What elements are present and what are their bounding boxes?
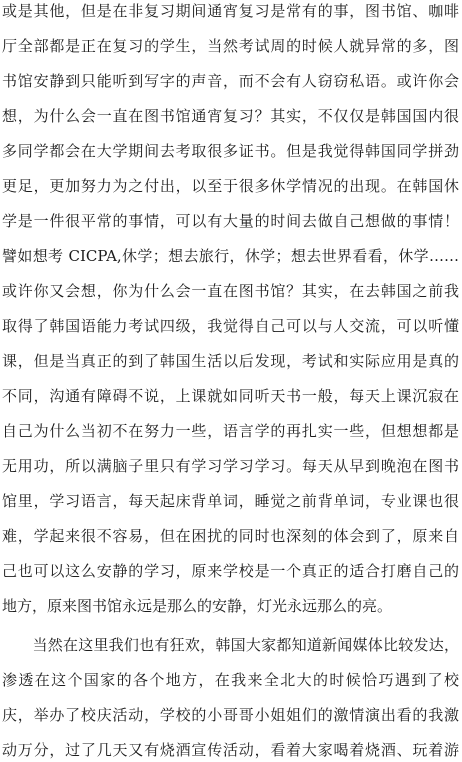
paragraph: 当然在这里我们也有狂欢，韩国大家都知道新闻媒体比较发达，渗透在这个国家的各个地方… (2, 628, 459, 762)
text-line: 馆里，学习语言，每天起床背单词，睡觉之前背单词，专业课也很 (2, 484, 459, 519)
text-line: 取得了韩国语能力考试四级，我觉得自己可以与人交流，可以听懂 (2, 309, 459, 344)
text-line: 或许你又会想，你为什么会一直在图书馆？其实，在去韩国之前我 (2, 274, 459, 309)
text-line: 课，但是当真正的到了韩国生活以后发现，考试和实际应用是真的 (2, 344, 459, 379)
text-line: 想，为什么会一直在图书馆通宵复习？其实，不仅仅是韩国国内很 (2, 99, 459, 134)
text-line: 己也可以这么安静的学习，原来学校是一个真正的适合打磨自己的 (2, 554, 459, 589)
document-text: 或是其他，但是在非复习期间通宵复习是常有的事，图书馆、咖啡厅全部都是正在复习的学… (2, 0, 459, 762)
text-line: 多同学都会在大学期间去考取很多证书。但是我觉得韩国同学拼劲 (2, 134, 459, 169)
paragraph: 或是其他，但是在非复习期间通宵复习是常有的事，图书馆、咖啡厅全部都是正在复习的学… (2, 0, 459, 624)
text-line: 学是一件很平常的事情，可以有大量的时间去做自己想做的事情！ (2, 204, 459, 239)
document-page: 或是其他，但是在非复习期间通宵复习是常有的事，图书馆、咖啡厅全部都是正在复习的学… (0, 0, 462, 762)
text-line: 地方，原来图书馆永远是那么的安静，灯光永远那么的亮。 (2, 589, 459, 624)
text-line: 譬如想考 CICPA,休学；想去旅行，休学；想去世界看看，休学…… (2, 239, 459, 274)
text-line: 动万分，过了几天又有烧酒宣传活动，看着大家喝着烧酒、玩着游 (2, 733, 459, 762)
text-line: 难，学起来很不容易，但在困扰的同时也深刻的体会到了，原来自 (2, 519, 459, 554)
text-line: 更足，更加努力为之付出，以至于很多休学情况的出现。在韩国休 (2, 169, 459, 204)
text-line: 无用功，所以满脑子里只有学习学习学习。每天从早到晚泡在图书 (2, 449, 459, 484)
text-line: 自己为什么当初不在努力一些，语言学的再扎实一些，但想想都是 (2, 414, 459, 449)
text-line: 渗透在这个国家的各个地方，在我来全北大的时候恰巧遇到了校 (2, 663, 459, 698)
text-line: 厅全部都是正在复习的学生，当然考试周的时候人就异常的多，图 (2, 29, 459, 64)
text-line: 当然在这里我们也有狂欢，韩国大家都知道新闻媒体比较发达， (2, 628, 459, 663)
text-line: 庆，举办了校庆活动，学校的小哥哥小姐姐们的激情演出看的我激 (2, 698, 459, 733)
text-line: 不同，沟通有障碍不说，上课就如同听天书一般，每天上课沉寂在 (2, 379, 459, 414)
text-line: 书馆安静到只能听到写字的声音，而不会有人窃窃私语。或许你会 (2, 64, 459, 99)
text-line: 或是其他，但是在非复习期间通宵复习是常有的事，图书馆、咖啡 (2, 0, 459, 29)
